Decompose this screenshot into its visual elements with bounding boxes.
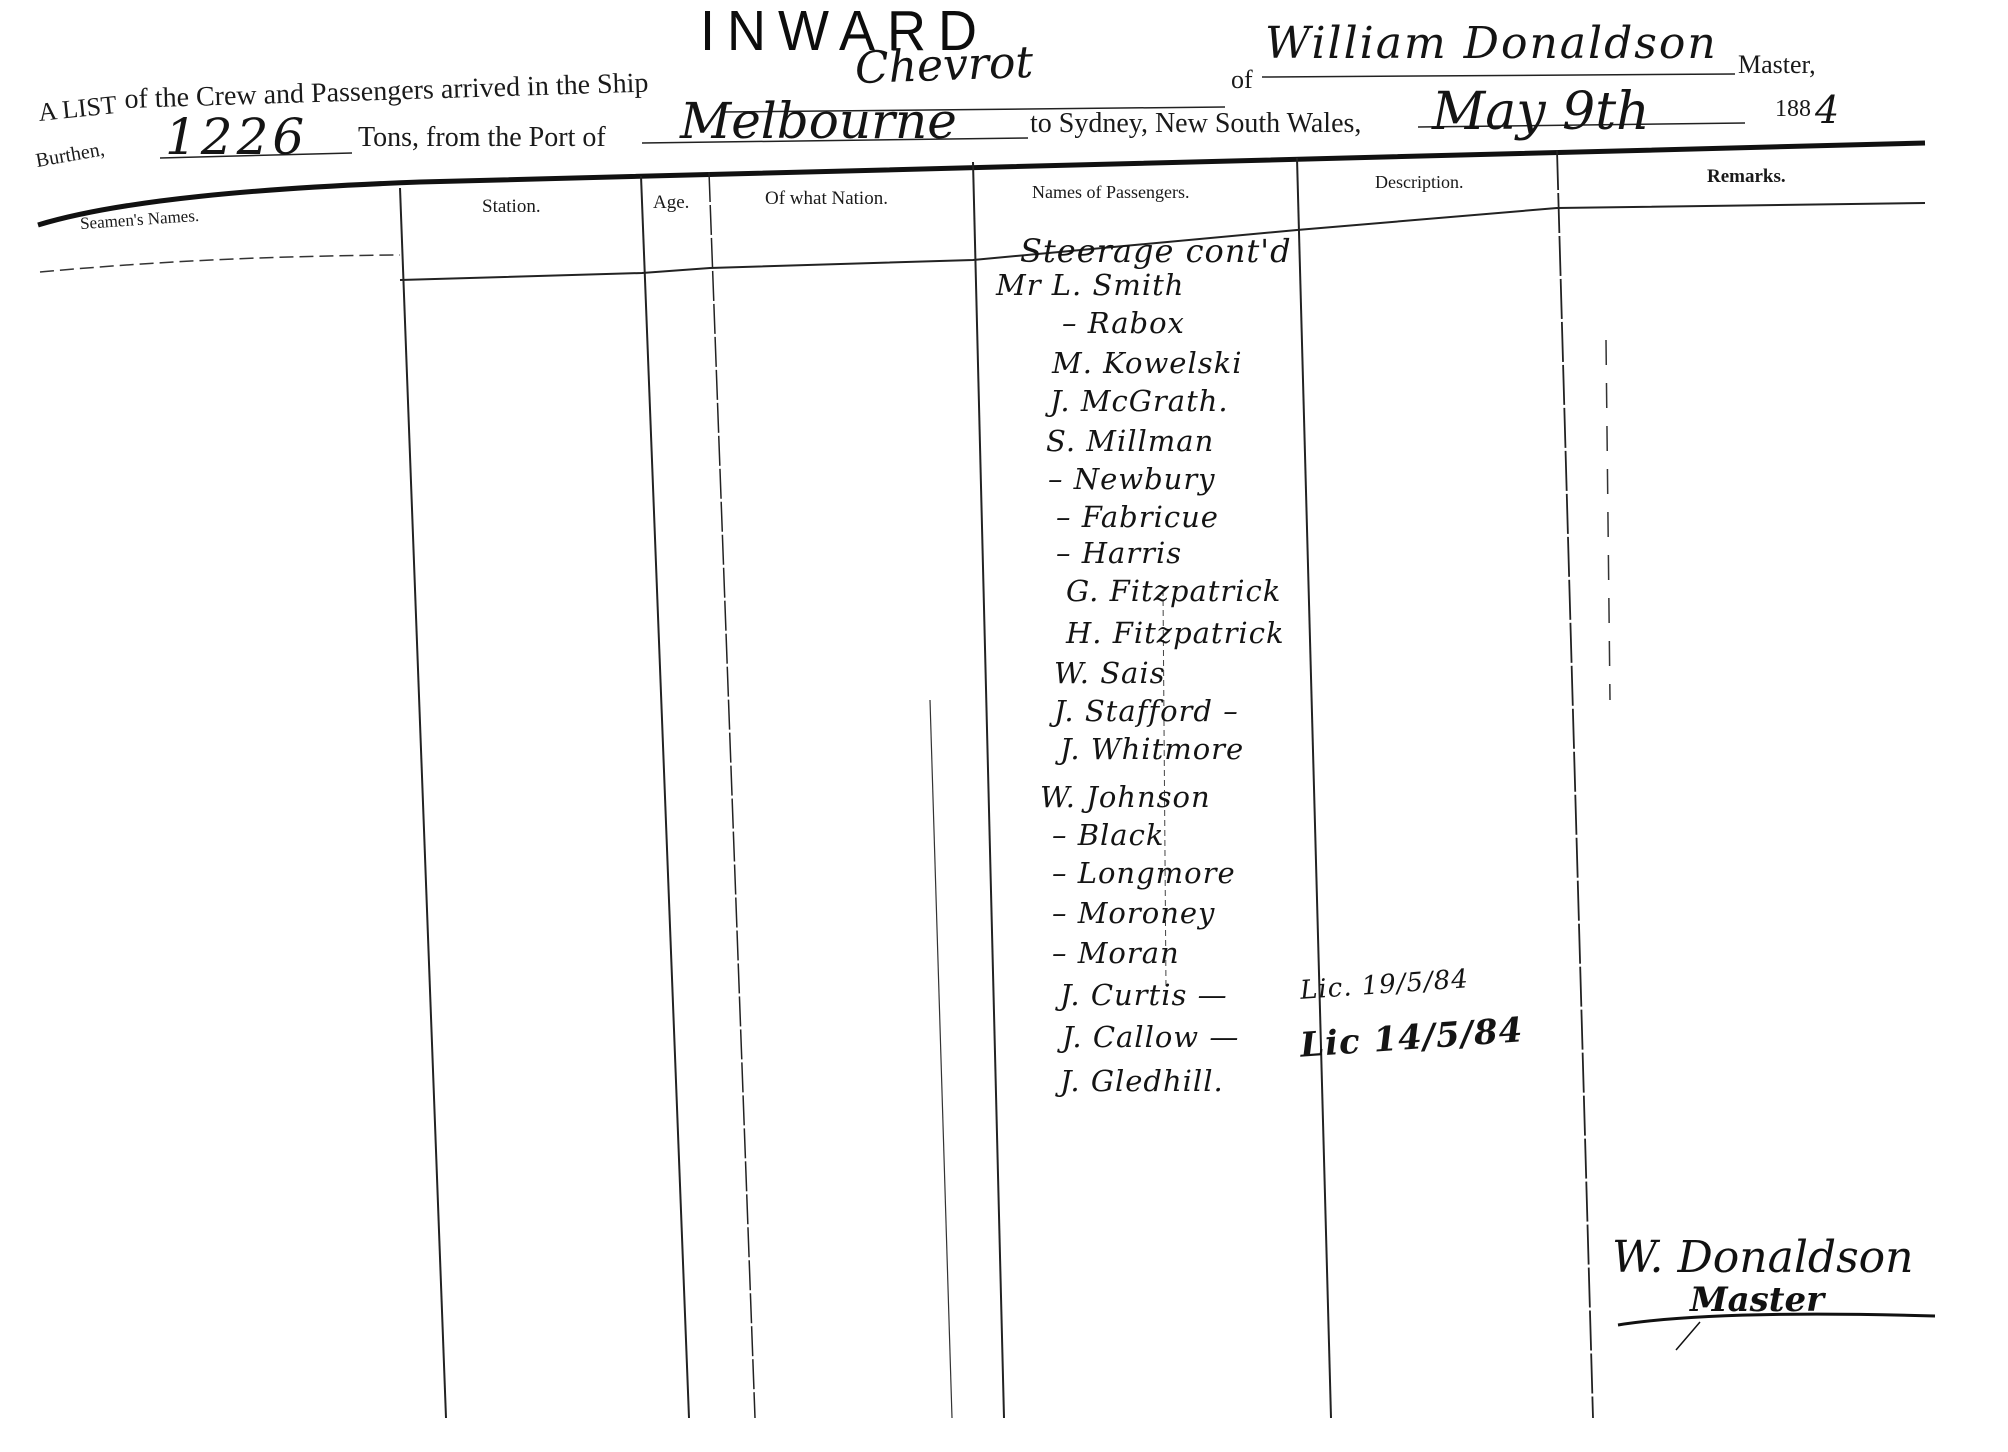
master-signature-title: Master: [1690, 1280, 1824, 1320]
master-name: William Donaldson: [1265, 18, 1718, 69]
passenger-entry: J. Callow —: [1062, 1020, 1239, 1054]
passenger-entry: W. Johnson: [1040, 780, 1211, 814]
arrival-date: May 9th: [1432, 82, 1650, 142]
section-heading-steerage: Steerage cont'd: [1020, 232, 1292, 270]
passenger-entry: – Fabricue: [1056, 500, 1219, 534]
column-header-age: Age.: [653, 192, 689, 214]
column-header-passenger-names: Names of Passengers.: [1032, 182, 1189, 203]
tons-label: Tons, from the Port of: [358, 122, 606, 154]
column-header-remarks: Remarks.: [1707, 166, 1786, 188]
passenger-entry: S. Millman: [1046, 424, 1214, 458]
manifest-page: INWARD A LIST of the Crew and Passengers…: [0, 0, 2008, 1452]
passenger-entry: J. Whitmore: [1060, 732, 1244, 766]
ship-name: Chevrot: [854, 37, 1034, 94]
column-header-nation: Of what Nation.: [765, 188, 888, 210]
passenger-entry: – Moroney: [1052, 896, 1215, 930]
passenger-entry: – Harris: [1056, 536, 1182, 570]
master-label: Master,: [1738, 50, 1816, 80]
passenger-entry: M. Kowelski: [1052, 346, 1242, 380]
of-label: of: [1231, 65, 1253, 95]
passenger-entry: – Newbury: [1048, 462, 1216, 496]
passenger-entry: H. Fitzpatrick: [1066, 616, 1285, 650]
column-header-description: Description.: [1375, 172, 1463, 193]
column-header-station: Station.: [482, 196, 541, 218]
passenger-entry: Mr L. Smith: [996, 268, 1184, 302]
passenger-entry: J. McGrath.: [1050, 384, 1229, 418]
port-of-departure: Melbourne: [680, 92, 957, 150]
passenger-entry: J. Stafford –: [1054, 694, 1239, 728]
passenger-entry: – Rabox: [1062, 306, 1185, 340]
passenger-entry: G. Fitzpatrick: [1066, 574, 1281, 608]
passenger-entry: – Moran: [1052, 936, 1180, 970]
tonnage-value: 1226: [165, 108, 308, 166]
passenger-entry: – Black: [1052, 818, 1164, 852]
year-prefix: 188: [1775, 96, 1811, 123]
destination-label: to Sydney, New South Wales,: [1030, 108, 1361, 140]
passenger-entry: W. Sais: [1054, 656, 1166, 690]
passenger-entry: J. Gledhill.: [1060, 1064, 1224, 1098]
passenger-entry: – Longmore: [1052, 856, 1236, 890]
passenger-entry: J. Curtis —: [1060, 978, 1228, 1012]
master-signature: W. Donaldson: [1612, 1232, 1914, 1283]
year-suffix: 4: [1815, 88, 1839, 132]
